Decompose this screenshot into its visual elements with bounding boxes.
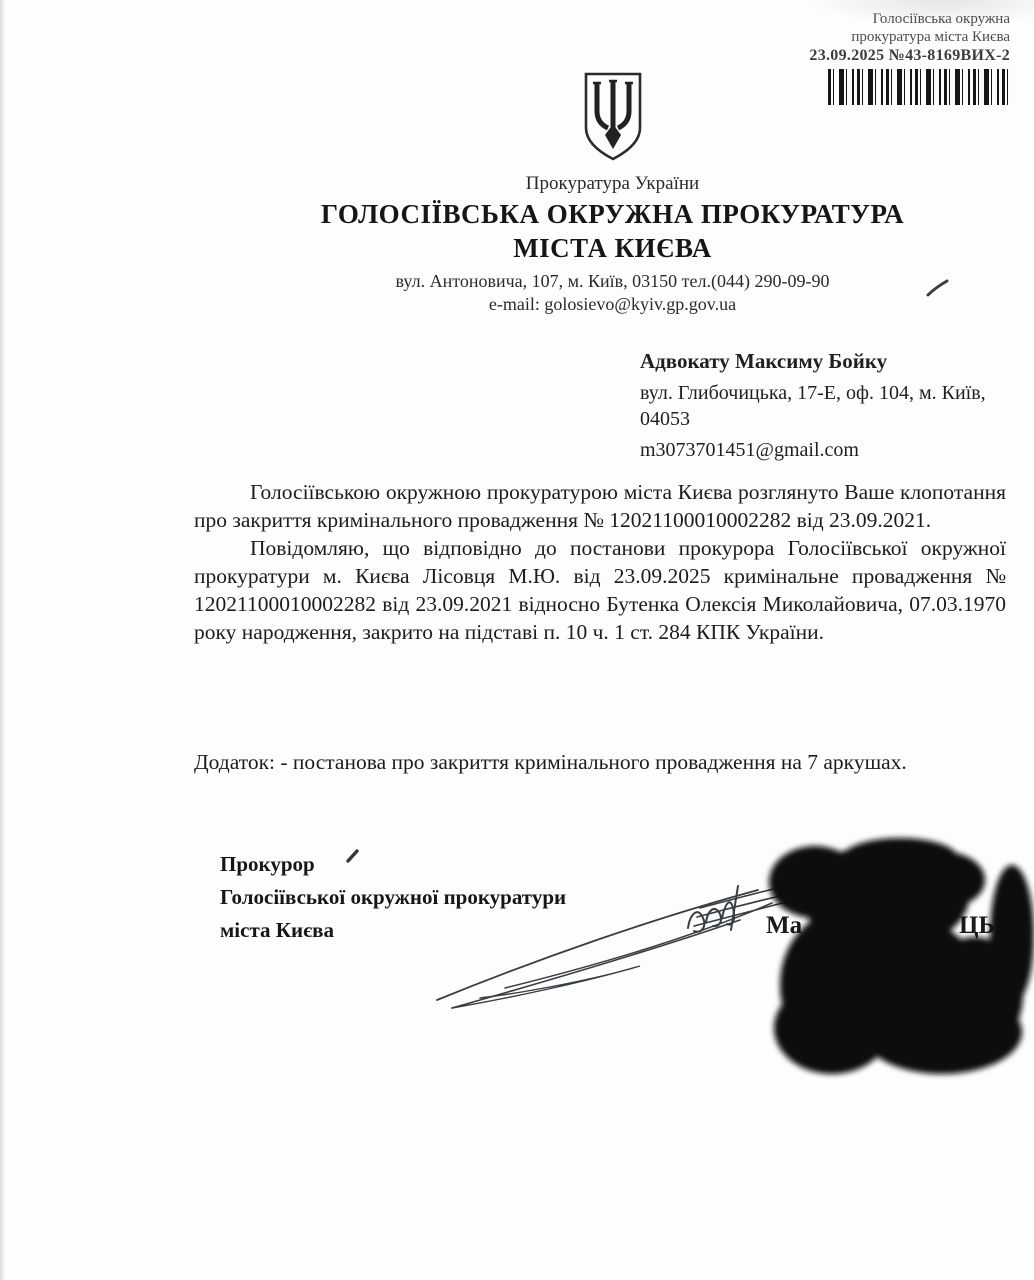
redacted-name-fragment-start: Ма: [766, 912, 802, 940]
body-paragraph-1: Голосіївською окружною прокуратурою міст…: [194, 478, 1006, 534]
org-name-line1: ГОЛОСІЇВСЬКА ОКРУЖНА ПРОКУРАТУРА: [190, 199, 1034, 230]
recipient-address-line1: вул. Глибочицька, 17-Е, оф. 104, м. Київ…: [640, 380, 1025, 406]
org-address: вул. Антоновича, 107, м. Київ, 03150 тел…: [190, 271, 1034, 292]
stamp-date-number: 23.09.2025 №43-8169ВИХ-2: [780, 46, 1010, 66]
attachment-line: Додаток: - постанова про закриття кримін…: [194, 748, 1006, 776]
scanned-letter-page: Голосіївська окружна прокуратура міста К…: [0, 0, 1034, 1280]
recipient-address-line2: 04053: [640, 406, 1025, 432]
redacted-name-fragment-end: ЦЬ: [959, 912, 995, 940]
signatory-title-line3: міста Києва: [220, 914, 650, 947]
recipient-name: Адвокату Максиму Бойку: [640, 348, 1025, 374]
letter-body: Голосіївською окружною прокуратурою міст…: [194, 478, 1006, 646]
org-name-line2: МІСТА КИЄВА: [190, 233, 1034, 264]
stamp-org-line2: прокуратура міста Києва: [780, 28, 1010, 46]
scan-edge-artifact: [0, 0, 6, 1280]
org-parent-name: Прокуратура України: [190, 173, 1034, 195]
letterhead: Прокуратура України ГОЛОСІЇВСЬКА ОКРУЖНА…: [190, 70, 1034, 315]
redaction-blob: [769, 838, 1034, 1074]
org-email: e-mail: golosievo@kyiv.gp.gov.ua: [190, 294, 1034, 315]
tryzub-emblem-icon: [580, 70, 646, 164]
signatory-block: Прокурор Голосіївської окружної прокурат…: [220, 848, 650, 947]
stamp-org-line1: Голосіївська окружна: [780, 10, 1010, 28]
recipient-block: Адвокату Максиму Бойку вул. Глибочицька,…: [640, 348, 1025, 463]
signatory-title-line2: Голосіївської окружної прокуратури: [220, 881, 650, 914]
signatory-title-line1: Прокурор: [220, 848, 650, 881]
body-paragraph-2: Повідомляю, що відповідно до постанови п…: [194, 534, 1006, 646]
recipient-email: m3073701451@gmail.com: [640, 437, 1025, 463]
